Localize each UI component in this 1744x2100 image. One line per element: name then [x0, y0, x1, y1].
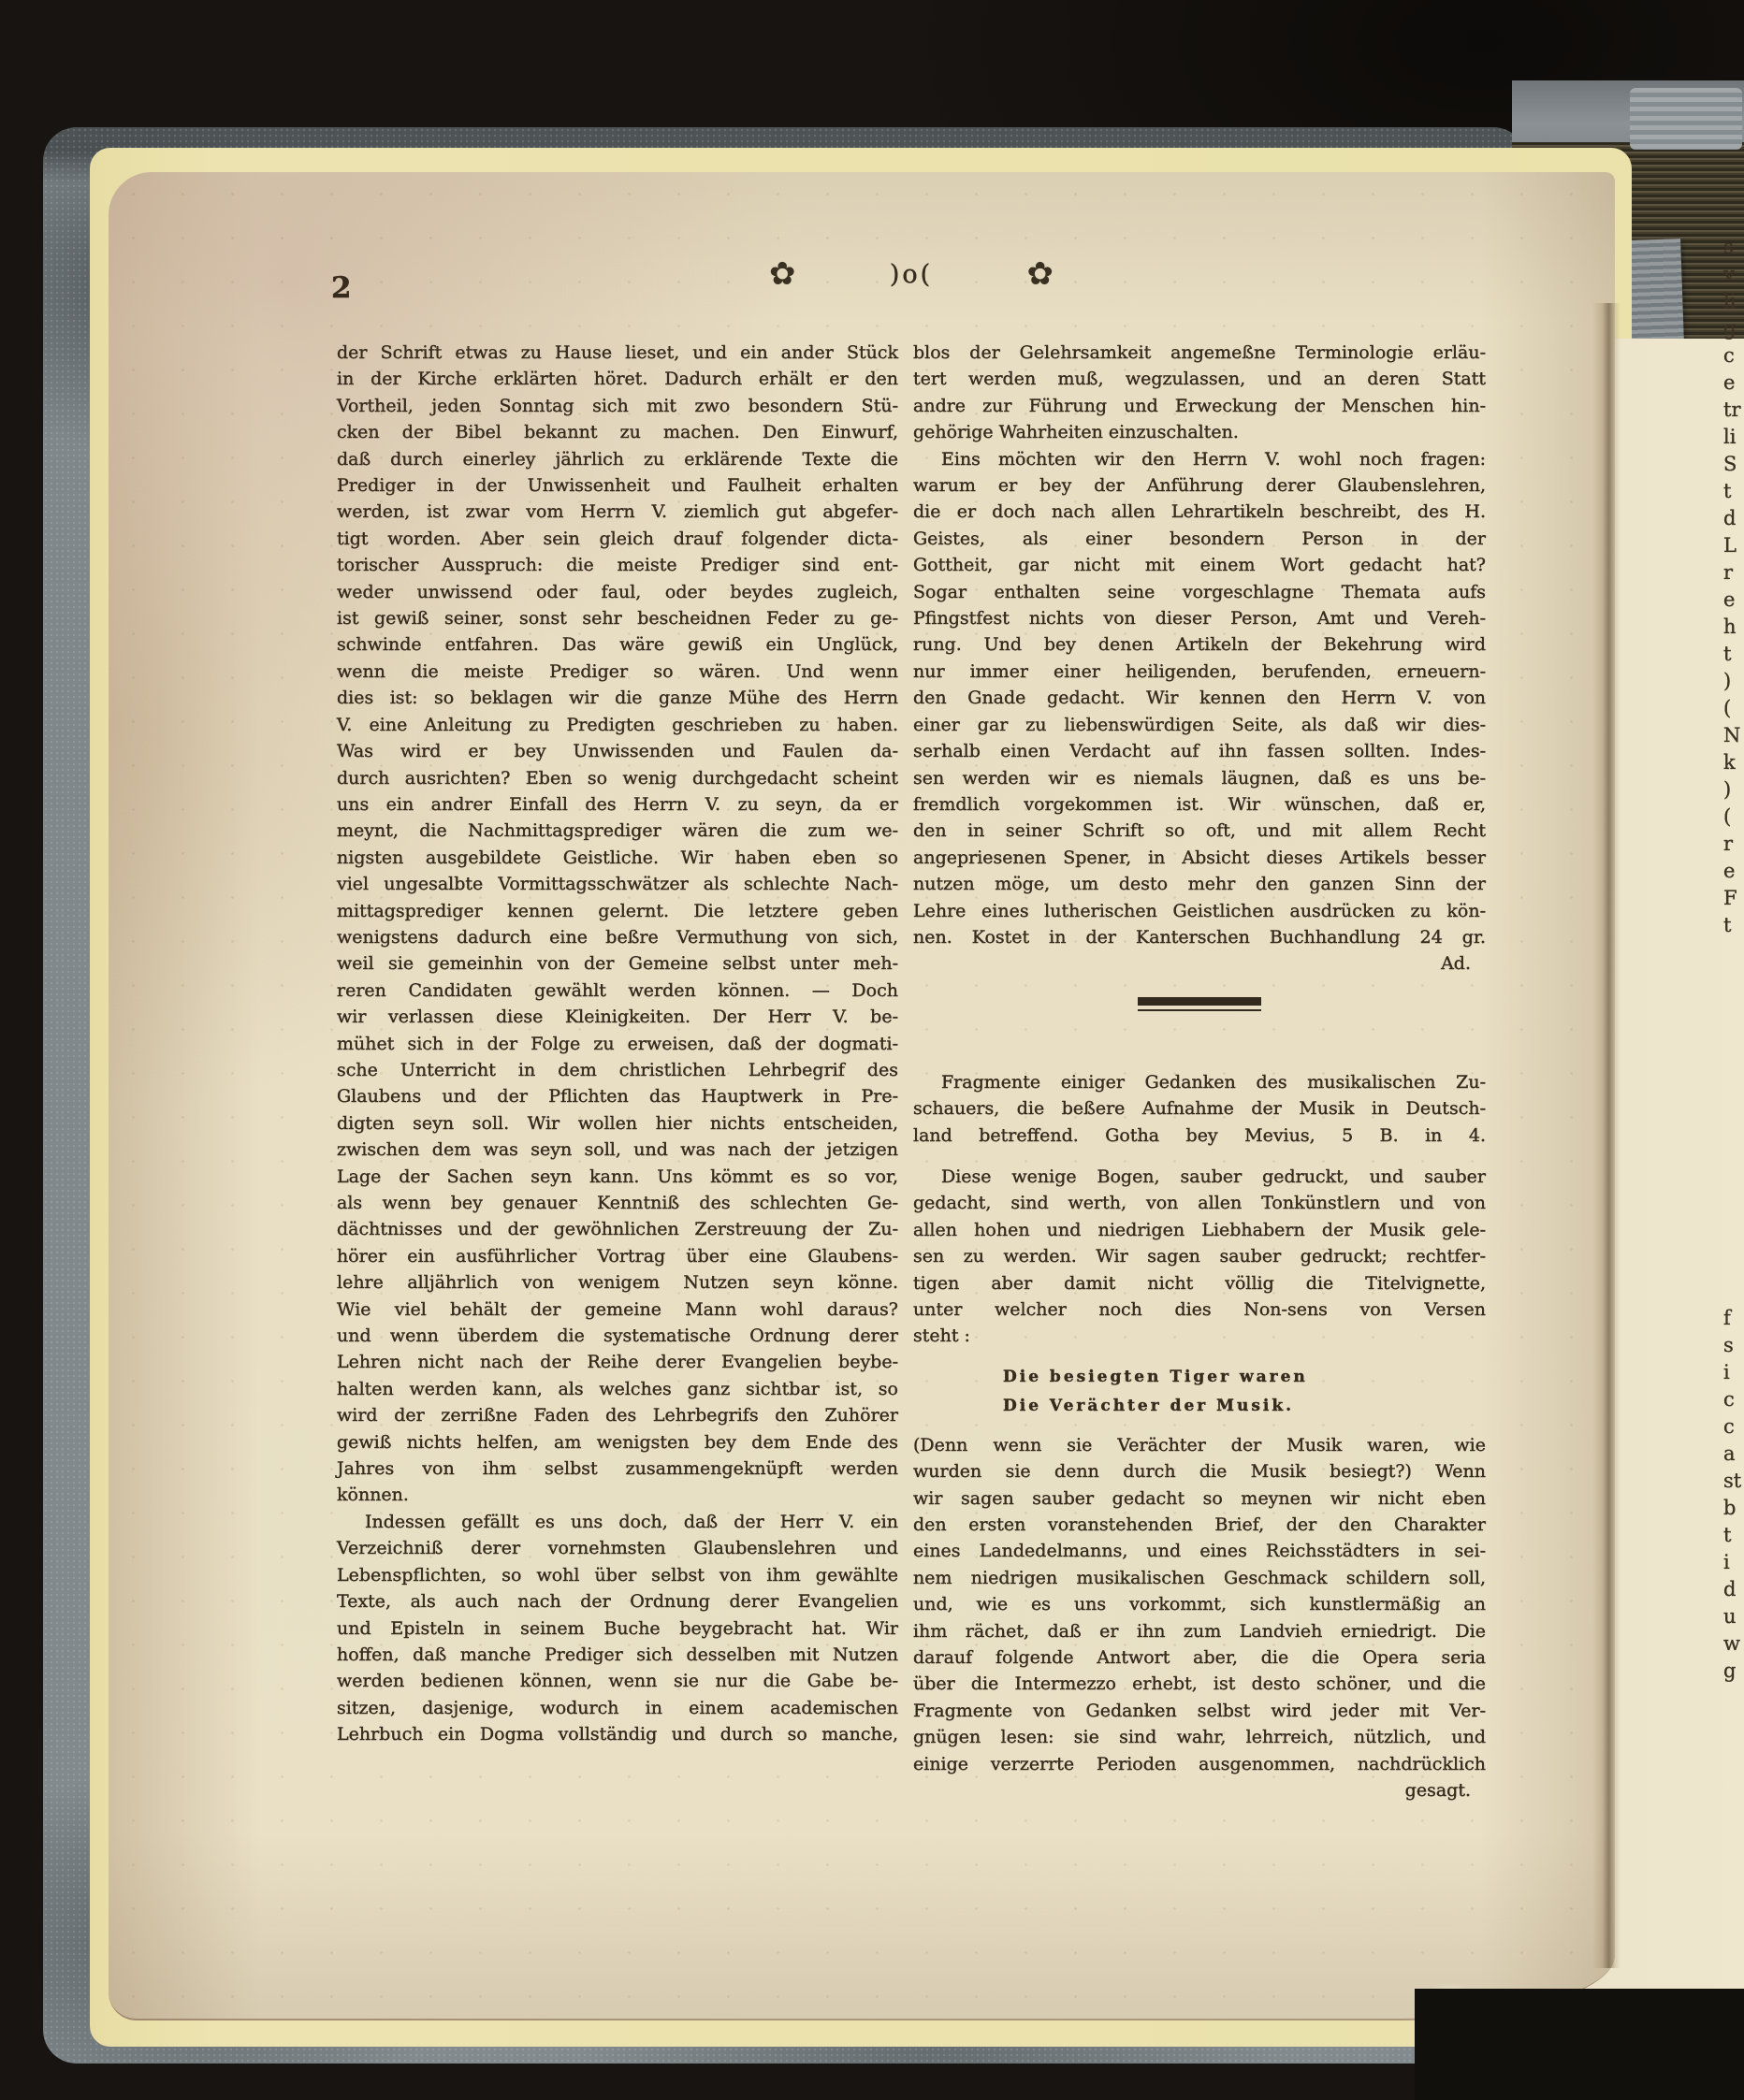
text-line: s [1723, 1332, 1744, 1359]
text-line: Wie viel behält der gemeine Mann wohl da… [337, 1296, 898, 1323]
right-text-column: blos der Gelehrsamkeit angemeßne Termino… [913, 340, 1486, 1804]
text-line: ist gewiß seiner, sonst sehr bescheidnen… [337, 605, 898, 631]
text-line: t [1723, 912, 1744, 939]
text-line: unter welcher noch dies Non-sens von Ver… [913, 1296, 1486, 1323]
text-line: nen. Kostet in der Kanterschen Buchhandl… [913, 924, 1486, 950]
verse-couplet: Die besiegten Tiger warenDie Verächter d… [1003, 1363, 1486, 1421]
text-line: land betreffend. Gotha bey Mevius, 5 B. … [913, 1122, 1486, 1149]
text-line: wird der zerrißne Faden des Lehrbegrifs … [337, 1402, 898, 1428]
text-line: Indessen gefällt es uns doch, daß der He… [337, 1509, 898, 1535]
text-line: Sogar enthalten seine vorgeschlagne Them… [913, 579, 1486, 605]
photo-background: svligcetrliStdLreht)(Nk)(reFt fsiccastbt… [0, 0, 1744, 2100]
text-line: sen werden wir es niemals läugnen, daß e… [913, 765, 1486, 791]
text-line: dies ist: so beklagen wir die ganze Mühe… [337, 685, 898, 711]
text-line: (Denn wenn sie Verächter der Musik waren… [913, 1432, 1486, 1458]
text-line: der Schrift etwas zu Hause lieset, und e… [337, 340, 898, 366]
text-line: hoffen, daß manche Prediger sich desselb… [337, 1642, 898, 1668]
text-line: daß durch einerley jährlich zu erklärend… [337, 446, 898, 472]
text-line: c [1723, 342, 1744, 369]
next-page-cutoff-text: fsiccastbtiduwg [1723, 1305, 1744, 1685]
text-line: und, wie es uns vorkommt, sich kunstlerm… [913, 1591, 1486, 1617]
text-line: N [1723, 722, 1744, 749]
text-line: Was wird er bey Unwissenden und Faulen d… [337, 738, 898, 764]
text-line: li [1723, 288, 1744, 315]
text-line: ( [1723, 695, 1744, 722]
text-line: können. [337, 1482, 898, 1508]
text-line: wir sagen sauber gedacht so meynen wir n… [913, 1485, 1486, 1512]
text-line: d [1723, 505, 1744, 532]
text-line: viel ungesalbte Vormittagsschwätzer als … [337, 871, 898, 897]
text-line: gesagt. [913, 1777, 1486, 1803]
text-line: meynt, die Nachmittagsprediger wären die… [337, 818, 898, 844]
text-line: tigen aber damit nicht völlig die Titelv… [913, 1270, 1486, 1296]
text-line: b [1723, 1495, 1744, 1522]
page-fold-shadow [1592, 303, 1620, 1968]
text-line: und Episteln in seinem Buche beygebracht… [337, 1615, 898, 1642]
text-line: i [1723, 1359, 1744, 1386]
review-body-2: (Denn wenn sie Verächter der Musik waren… [913, 1432, 1486, 1804]
fleuron-icon: ✿ [1026, 258, 1054, 290]
text-line: dächtnisses und der gewöhnlichen Zerstre… [337, 1216, 898, 1242]
text-line: weil sie gemeinhin von der Gemeine selbs… [337, 950, 898, 977]
text-line: gehörige Wahrheiten einzuschalten. [913, 419, 1486, 445]
text-line: weder unwissend oder faul, oder beydes z… [337, 579, 898, 605]
text-line: Texte, als auch nach der Ordnung derer E… [337, 1588, 898, 1615]
text-line: sitzen, dasjenige, wodurch in einem acad… [337, 1695, 898, 1721]
text-line: V. eine Anleitung zu Predigten geschrieb… [337, 712, 898, 738]
text-line: f [1723, 1305, 1744, 1332]
text-line: Lehrbuch ein Dogma vollständig und durch… [337, 1721, 898, 1747]
text-line: als wenn bey genauer Kenntniß des schlec… [337, 1190, 898, 1216]
text-line: Eins möchten wir den Herrn V. wohl noch … [913, 446, 1486, 472]
text-line: a [1723, 1441, 1744, 1468]
section-divider [1138, 997, 1261, 1011]
article-end-text: blos der Gelehrsamkeit angemeßne Termino… [913, 340, 1486, 978]
text-line: schwinde entfahren. Das wäre gewiß ein U… [337, 631, 898, 658]
text-line: nur immer einer heiligenden, berufenden,… [913, 659, 1486, 685]
text-line: zwischen dem was seyn soll, und was nach… [337, 1137, 898, 1163]
text-line: k [1723, 749, 1744, 776]
text-line: den Gnade gedacht. Wir kennen den Herrn … [913, 685, 1486, 711]
text-line: uns ein andrer Einfall des Herrn V. zu s… [337, 791, 898, 818]
text-line: Jahres von ihm selbst zusammengeknüpft w… [337, 1456, 898, 1482]
text-line: einige verzerrte Perioden ausgenommen, n… [913, 1751, 1486, 1777]
text-line: c [1723, 1386, 1744, 1413]
text-line: durch ausrichten? Eben so wenig durchged… [337, 765, 898, 791]
text-line: g [1723, 315, 1744, 342]
left-text-column: der Schrift etwas zu Hause lieset, und e… [337, 340, 898, 1748]
text-line: e [1723, 587, 1744, 614]
text-line: u [1723, 1603, 1744, 1630]
text-line: steht : [913, 1323, 1486, 1349]
text-line: Lehre eines lutherischen Geistlichen aus… [913, 898, 1486, 924]
text-line: ) [1723, 668, 1744, 695]
text-line: li [1723, 424, 1744, 451]
text-line: Lebenspflichten, so wohl über selbst von… [337, 1562, 898, 1588]
text-line: Fragmente von Gedanken selbst wird jeder… [913, 1698, 1486, 1724]
text-line: gnügen lesen: sie sind wahr, lehrreich, … [913, 1724, 1486, 1750]
text-line: cken der Bibel bekannt zu machen. Den Ei… [337, 419, 898, 445]
text-line: mühet sich in der Folge zu erweisen, daß… [337, 1031, 898, 1057]
text-line: Lage der Sachen seyn kann. Uns kömmt es … [337, 1164, 898, 1190]
text-line: gedacht, sind werth, von allen Tonkünstl… [913, 1190, 1486, 1216]
text-line: hörer ein ausführlicher Vortrag über ein… [337, 1243, 898, 1269]
text-line: t [1723, 1522, 1744, 1549]
text-line: die er doch nach allen Lehrartikeln besc… [913, 499, 1486, 525]
text-line: werden, ist zwar vom Herrn V. ziemlich g… [337, 499, 898, 525]
review-body-1: Diese wenige Bogen, sauber gedruckt, und… [913, 1164, 1486, 1350]
text-line: r [1723, 559, 1744, 587]
text-line: nigsten ausgebildete Geistliche. Wir hab… [337, 845, 898, 871]
text-line: h [1723, 614, 1744, 641]
text-line: reren Candidaten gewählt werden können. … [337, 978, 898, 1004]
text-line: in der Kirche erklärten höret. Dadurch e… [337, 366, 898, 392]
text-line: Glaubens und der Pflichten das Hauptwerk… [337, 1083, 898, 1109]
text-line: Gottheit, gar nicht mit einem Wort gedac… [913, 552, 1486, 578]
text-line: digten seyn soll. Wir wollen hier nichts… [337, 1110, 898, 1137]
text-line: über die Intermezzo erhebt, ist desto sc… [913, 1671, 1486, 1697]
book-page: 2 ✿ )o( ✿ der Schrift etwas zu Hause lie… [109, 172, 1615, 2020]
text-line: torischer Ausspruch: die meiste Prediger… [337, 552, 898, 578]
text-line: lehre alljährlich von wenigem Nutzen sey… [337, 1269, 898, 1296]
text-line: und wenn überdem die systematische Ordnu… [337, 1323, 898, 1349]
text-line: F [1723, 885, 1744, 912]
text-line: Geistes, als einer besondern Person in d… [913, 526, 1486, 552]
text-line: ) [1723, 776, 1744, 804]
text-line: nem niedrigen musikalischen Geschmack sc… [913, 1565, 1486, 1591]
text-line: Lehren nicht nach der Reihe derer Evange… [337, 1349, 898, 1375]
text-line: schauers, die beßere Aufnahme der Musik … [913, 1095, 1486, 1122]
text-line: warum er bey der Anführung derer Glauben… [913, 472, 1486, 499]
text-line: v [1723, 261, 1744, 288]
text-line: i [1723, 1549, 1744, 1576]
text-line: Fragmente einiger Gedanken des musikalis… [913, 1069, 1486, 1095]
text-line: sche Unterricht in dem christlichen Lehr… [337, 1057, 898, 1083]
text-line: nutzen möge, um desto mehr den ganzen Si… [913, 871, 1486, 897]
text-line: Die besiegten Tiger waren [1003, 1363, 1486, 1392]
text-line: t [1723, 478, 1744, 505]
shadow-patch [1415, 1989, 1744, 2100]
text-line: tert werden muß, wegzulassen, und an der… [913, 366, 1486, 392]
fleuron-icon: ✿ [769, 258, 796, 290]
text-line: Verzeichniß derer vornehmsten Glaubensle… [337, 1535, 898, 1561]
text-line: den in seiner Schrift so oft, und mit al… [913, 818, 1486, 844]
text-line: c [1723, 1413, 1744, 1441]
text-line: ( [1723, 804, 1744, 831]
text-line: fremdlich vorgekommen ist. Wir wünschen,… [913, 791, 1486, 818]
text-line: andre zur Führung und Erweckung der Mens… [913, 393, 1486, 419]
text-line: den ersten voranstehenden Brief, der den… [913, 1512, 1486, 1538]
text-line: gewiß nichts helfen, am wenigsten bey de… [337, 1429, 898, 1456]
text-line: Die Verächter der Musik. [1003, 1392, 1486, 1421]
text-line: werden bedienen können, wenn sie nur die… [337, 1668, 898, 1694]
text-line: s [1723, 234, 1744, 261]
text-line: st [1723, 1468, 1744, 1495]
gutter-mark: )o( [890, 260, 933, 289]
text-line: t [1723, 641, 1744, 668]
text-line: darauf folgende Antwort aber, die die Op… [913, 1644, 1486, 1671]
text-line: mittagsprediger kennen gelernt. Die letz… [337, 898, 898, 924]
text-line: Ad. [913, 950, 1486, 977]
text-line: Vortheil, jeden Sonntag sich mit zwo bes… [337, 393, 898, 419]
text-line: halten werden kann, als welches ganz sic… [337, 1376, 898, 1402]
text-line: sen zu werden. Wir sagen sauber gedruckt… [913, 1243, 1486, 1269]
text-line: e [1723, 369, 1744, 397]
text-line: wurden sie denn durch die Musik besiegt?… [913, 1458, 1486, 1484]
text-line: serhalb einen Verdacht auf ihn fassen so… [913, 738, 1486, 764]
text-line: eines Landedelmanns, und eines Reichsstä… [913, 1538, 1486, 1564]
header-ornament: ✿ )o( ✿ [769, 258, 1054, 290]
text-line: Pfingstfest nichts von dieser Person, Am… [913, 605, 1486, 631]
text-line: wir verlassen diese Kleinigkeiten. Der H… [337, 1004, 898, 1030]
text-line: d [1723, 1576, 1744, 1603]
text-line: wenn die meiste Prediger so wären. Und w… [337, 659, 898, 685]
text-line: rung. Und bey denen Artikeln der Bekehru… [913, 631, 1486, 658]
text-line: r [1723, 831, 1744, 858]
text-line: L [1723, 532, 1744, 559]
text-line: tigt worden. Aber sein gleich drauf folg… [337, 526, 898, 552]
text-line: ihm rächet, daß er ihn zum Landvieh erni… [913, 1618, 1486, 1644]
text-line: einer gar zu liebenswürdigen Seite, als … [913, 712, 1486, 738]
text-line: Prediger in der Unwissenheit und Faulhei… [337, 472, 898, 499]
review-title: Fragmente einiger Gedanken des musikalis… [913, 1069, 1486, 1149]
text-line: allen hohen und niedrigen Liebhabern der… [913, 1217, 1486, 1243]
text-line: angepriesenen Spener, in Absicht dieses … [913, 845, 1486, 871]
text-line: blos der Gelehrsamkeit angemeßne Termino… [913, 340, 1486, 366]
text-line: wenigstens dadurch eine beßre Vermuthung… [337, 924, 898, 950]
book-clasp [1630, 88, 1742, 150]
page-number: 2 [331, 271, 352, 305]
text-line: w [1723, 1630, 1744, 1658]
text-line: g [1723, 1658, 1744, 1685]
text-line: Diese wenige Bogen, sauber gedruckt, und… [913, 1164, 1486, 1190]
text-line: tr [1723, 397, 1744, 424]
text-line: S [1723, 451, 1744, 478]
text-line: e [1723, 858, 1744, 885]
next-page-cutoff-text: svligcetrliStdLreht)(Nk)(reFt [1723, 234, 1744, 939]
